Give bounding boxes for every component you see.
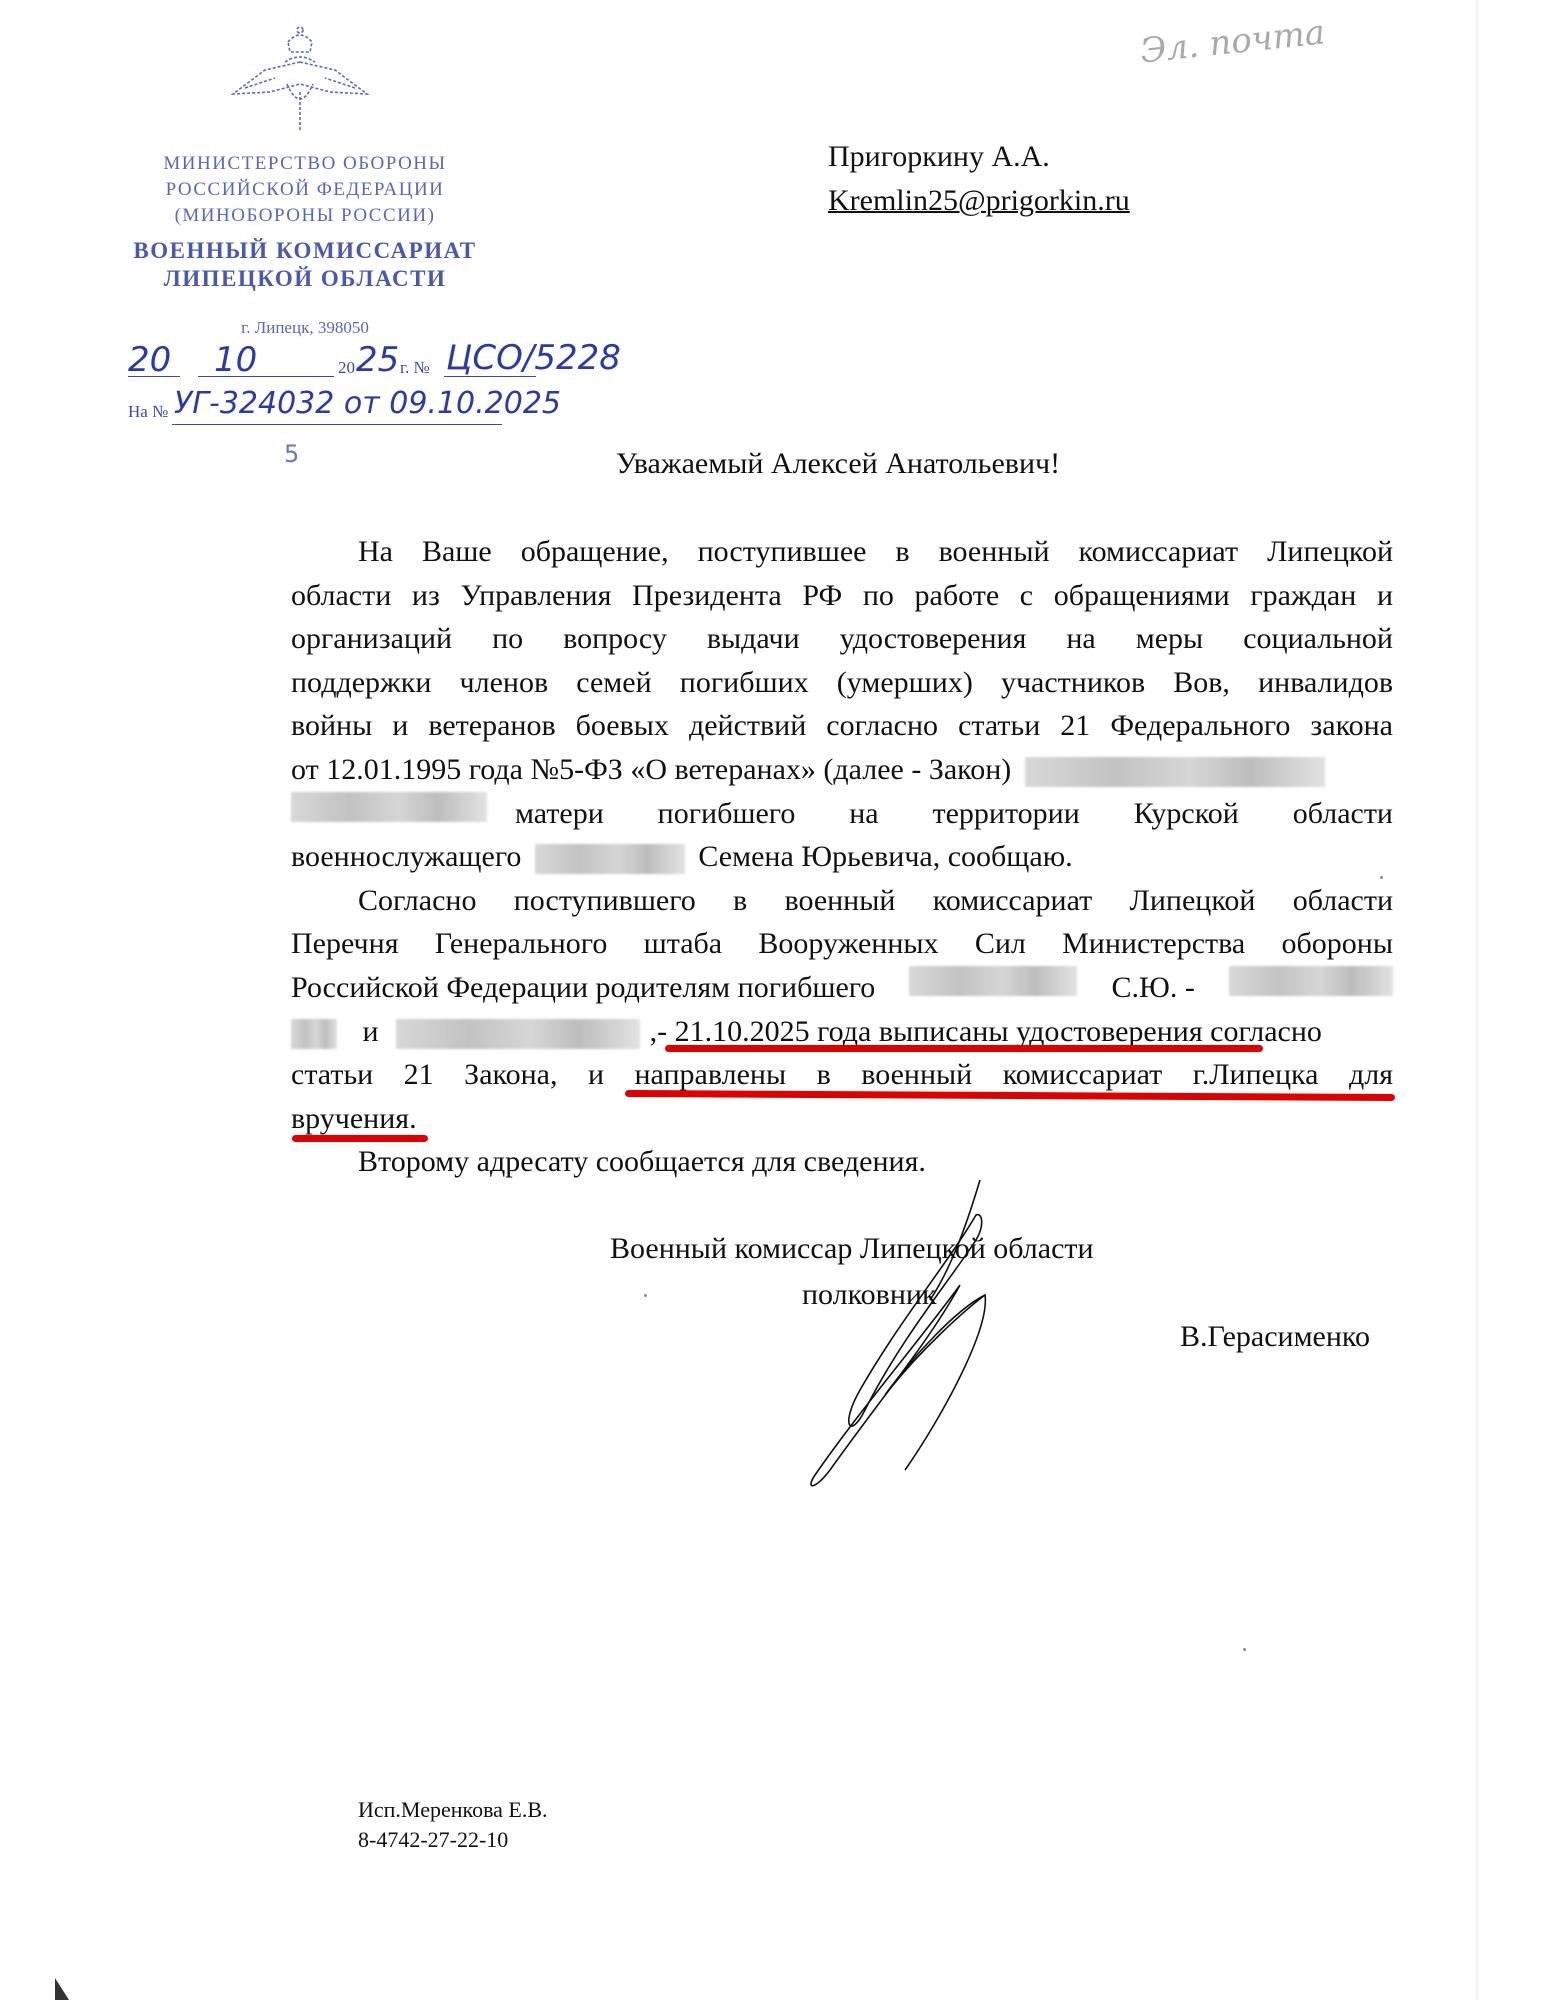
- body-line: Перечня Генерального штаба Вооруженных С…: [291, 922, 1393, 966]
- redacted-name: [1229, 966, 1393, 996]
- body-line: войны и ветеранов боевых действий соглас…: [291, 704, 1393, 748]
- date-month: 10: [214, 340, 257, 380]
- highlighted-text: вручения.: [291, 1102, 417, 1135]
- number-label: г. №: [400, 358, 430, 378]
- greeting: Уважаемый Алексей Анатольевич!: [0, 447, 1546, 481]
- body-line: вручения.: [291, 1097, 1393, 1141]
- body-text: согласно: [1210, 1015, 1322, 1048]
- red-underline: [292, 1135, 428, 1142]
- reply-reference: УГ-324032 от 09.10.2025: [174, 386, 561, 421]
- body-text: военнослужащего: [291, 840, 521, 873]
- addressee-email[interactable]: Kremlin25@prigorkin.ru: [828, 184, 1130, 218]
- body-line: военнослужащего Семена Юрьевича, сообщаю…: [291, 835, 1393, 879]
- office-line-2: ЛИПЕЦКОЙ ОБЛАСТИ: [110, 264, 500, 294]
- body-line: Российской Федерации родителям погибшего…: [291, 966, 1393, 1010]
- body-text: ,-: [650, 1015, 668, 1048]
- highlighted-text: 21.10.2025 года выписаны удостоверения: [675, 1015, 1203, 1048]
- redacted-name: [396, 1019, 640, 1049]
- highlighted-text: направлены в военный комиссариат г.Липец…: [635, 1058, 1394, 1091]
- eagle-emblem-icon: [225, 22, 375, 142]
- body-line: от 12.01.1995 года №5-ФЗ «О ветеранах» (…: [291, 748, 1393, 792]
- red-underline: [665, 1045, 1263, 1052]
- office-line-1: ВОЕННЫЙ КОМИССАРИАТ: [110, 236, 500, 266]
- redacted-surname: [909, 966, 1077, 996]
- reply-label: На №: [128, 402, 168, 422]
- pencil-note: Эл. почта: [1138, 12, 1326, 71]
- date-year-prefix: 20: [338, 358, 355, 378]
- scan-speck: [1243, 1648, 1246, 1651]
- body-line: На Ваше обращение, поступившее в военный…: [291, 530, 1393, 574]
- redacted-surname: [535, 844, 685, 874]
- addressee-name: Пригоркину А.А.: [828, 140, 1050, 174]
- date-year-suffix: 25: [356, 340, 399, 380]
- redacted-name: [291, 792, 487, 822]
- scan-speck: [1380, 876, 1383, 879]
- paper-edge: [1476, 0, 1478, 2000]
- stamp-city: г. Липецк, 398050: [110, 318, 500, 338]
- body-text: и: [363, 1015, 379, 1048]
- scan-speck: [644, 1294, 647, 1297]
- ministry-line-2: РОССИЙСКОЙ ФЕДЕРАЦИИ: [110, 178, 500, 202]
- body-text: Семена Юрьевича, сообщаю.: [698, 840, 1072, 873]
- outgoing-number: ЦСО/5228: [446, 338, 621, 378]
- redacted-name: [291, 1019, 337, 1049]
- date-day: 20: [128, 340, 171, 380]
- body-text: Российской Федерации родителям погибшего: [291, 966, 875, 1010]
- scan-corner-mark: [55, 1978, 69, 2000]
- body-text: от 12.01.1995 года №5-ФЗ «О ветеранах» (…: [291, 753, 1011, 786]
- body-line: области из Управления Президента РФ по р…: [291, 574, 1393, 618]
- body-line: организаций по вопросу выдачи удостовере…: [291, 617, 1393, 661]
- body-text: С.Ю. -: [1112, 966, 1195, 1010]
- executor-name: Исп.Меренкова Е.В.: [358, 1797, 548, 1823]
- letter-body: На Ваше обращение, поступившее в военный…: [291, 530, 1393, 1184]
- handwritten-signature-icon: [780, 1170, 1080, 1490]
- body-text: матери погибшего на территории Курской о…: [515, 792, 1393, 836]
- ministry-line-1: МИНИСТЕРСТВО ОБОРОНЫ: [110, 152, 500, 176]
- ministry-line-3: (МИНОБОРОНЫ РОССИИ): [110, 204, 500, 228]
- body-text: статьи 21 Закона, и: [291, 1058, 604, 1091]
- signatory-name: В.Герасименко: [1180, 1320, 1370, 1354]
- redacted-name: [1025, 757, 1325, 787]
- body-line: матери погибшего на территории Курской о…: [291, 792, 1393, 836]
- body-line: Согласно поступившего в военный комиссар…: [291, 879, 1393, 923]
- body-line: поддержки членов семей погибших (умерших…: [291, 661, 1393, 705]
- executor-phone: 8-4742-27-22-10: [358, 1827, 508, 1853]
